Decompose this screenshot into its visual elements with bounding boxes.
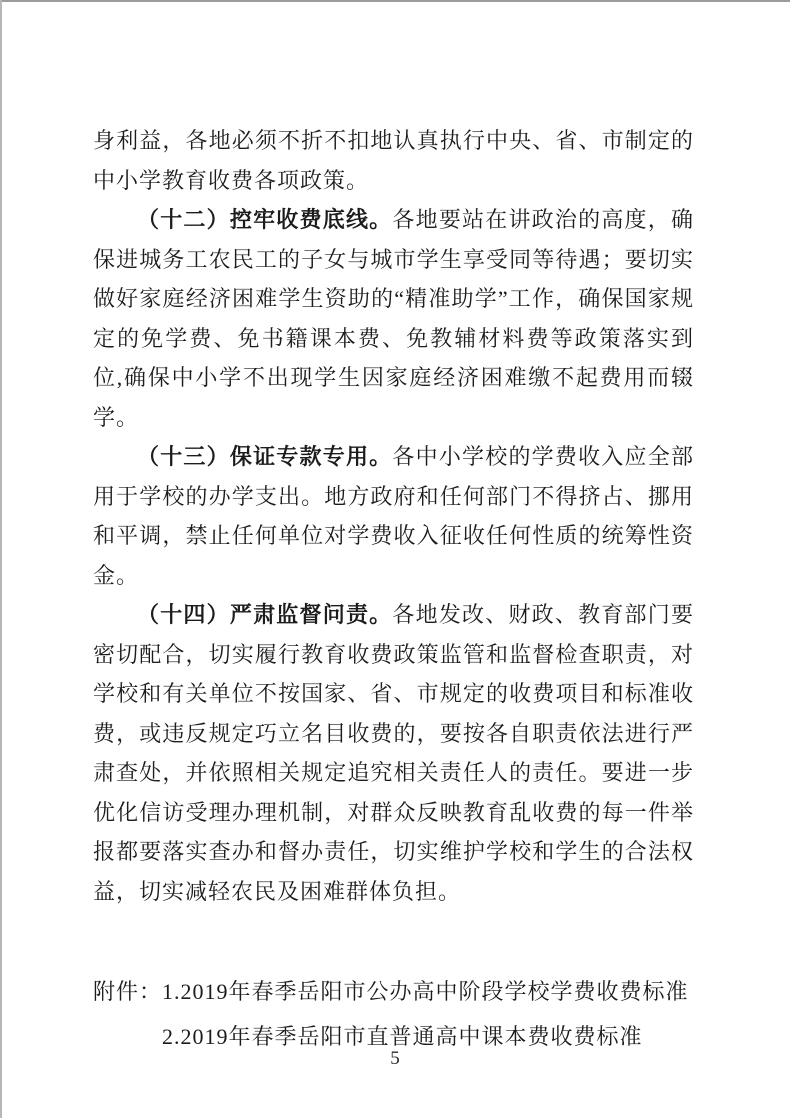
paragraph-14-heading: （十四）严肃监督问责。 xyxy=(137,602,392,627)
page-number: 5 xyxy=(0,1048,790,1070)
paragraph-14: （十四）严肃监督问责。各地发改、财政、教育部门要密切配合，切实履行教育收费政策监… xyxy=(93,595,694,911)
attachments-block: 附件： 1.2019年春季岳阳市公办高中阶段学校学费收费标准 2.2019年春季… xyxy=(93,969,694,1059)
attachment-item: 1.2019年春季岳阳市公办高中阶段学校学费收费标准 xyxy=(162,969,694,1014)
paragraph-14-body: 各地发改、财政、教育部门要密切配合，切实履行教育收费政策监管和监督检查职责，对学… xyxy=(93,602,694,904)
paragraph-12-heading: （十二）控牢收费底线。 xyxy=(137,207,392,232)
paragraph-13-heading: （十三）保证专款专用。 xyxy=(137,444,392,469)
page-edge-left-line xyxy=(0,0,2,1118)
attachments-label: 附件： xyxy=(93,969,162,1014)
continuation-paragraph: 身利益，各地必须不折不扣地认真执行中央、省、市制定的中小学教育收费各项政策。 xyxy=(93,121,694,200)
attachments-list: 1.2019年春季岳阳市公办高中阶段学校学费收费标准 2.2019年春季岳阳市直… xyxy=(162,969,694,1059)
document-page-body: 身利益，各地必须不折不扣地认真执行中央、省、市制定的中小学教育收费各项政策。 （… xyxy=(93,121,694,1059)
paragraph-12-body: 各地要站在讲政治的高度，确保进城务工农民工的子女与城市学生享受同等待遇；要切实做… xyxy=(93,207,694,430)
paragraph-13: （十三）保证专款专用。各中小学校的学费收入应全部用于学校的办学支出。地方政府和任… xyxy=(93,437,694,595)
paragraph-12: （十二）控牢收费底线。各地要站在讲政治的高度，确保进城务工农民工的子女与城市学生… xyxy=(93,200,694,437)
page-edge-top-line xyxy=(0,0,790,2)
